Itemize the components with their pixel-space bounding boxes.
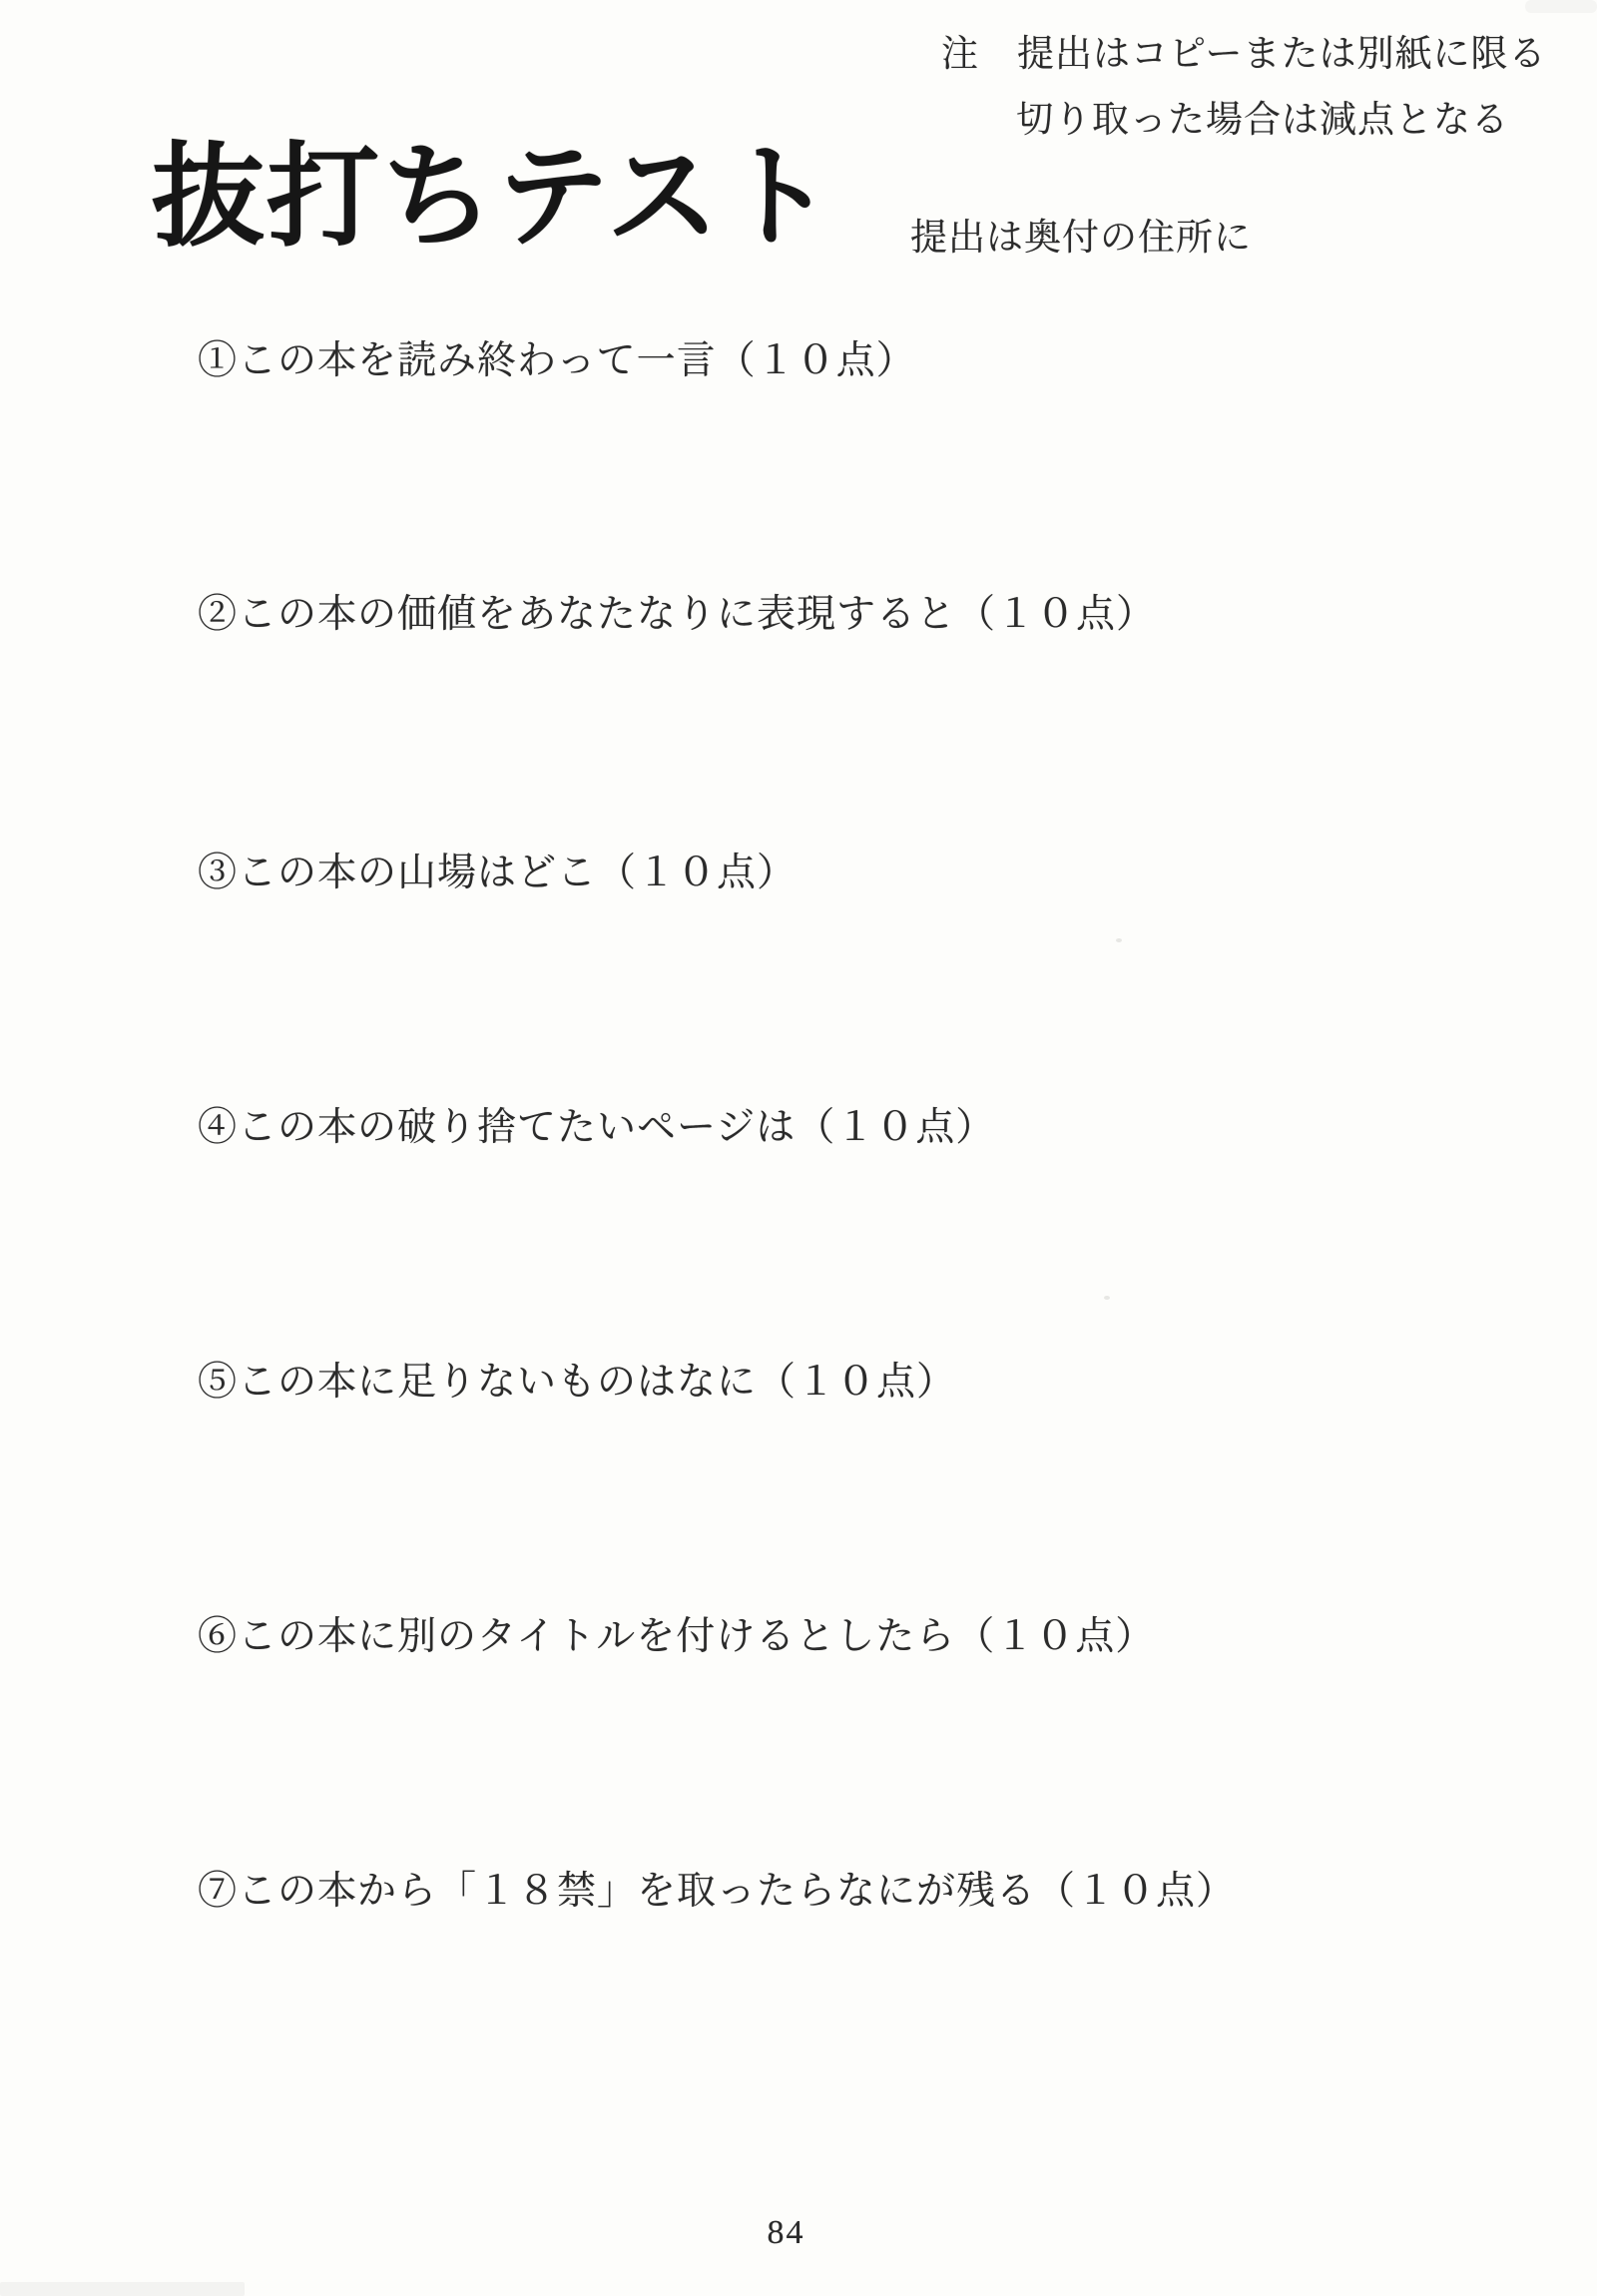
scan-artifact-speck bbox=[1116, 938, 1122, 942]
question-3: ③この本の山場はどこ（１０点） bbox=[198, 854, 797, 892]
question-1: ①この本を読み終わって一言（１０点） bbox=[198, 341, 916, 380]
page-number: 84 bbox=[0, 2216, 1572, 2250]
page-title: 抜打ちテスト bbox=[152, 142, 835, 255]
question-2: ②この本の価値をあなたなりに表現すると（１０点） bbox=[198, 595, 1156, 634]
scan-artifact-speck bbox=[1104, 1296, 1110, 1300]
note-line-2: 切り取った場合は減点となる bbox=[1016, 102, 1509, 139]
scanned-test-page: 抜打ちテスト 注 提出はコピーまたは別紙に限る 切り取った場合は減点となる 提出… bbox=[0, 0, 1597, 2296]
question-7: ⑦この本から「１８禁」を取ったらなにが残る（１０点） bbox=[198, 1872, 1236, 1911]
scan-artifact-top-right bbox=[1525, 0, 1597, 13]
question-4: ④この本の破り捨てたいページは（１０点） bbox=[198, 1108, 995, 1147]
question-6: ⑥この本に別のタイトルを付けるとしたら（１０点） bbox=[198, 1617, 1155, 1656]
scan-artifact-bottom-left bbox=[0, 2282, 245, 2296]
note-line-1: 注 提出はコピーまたは別紙に限る bbox=[941, 36, 1547, 73]
question-5: ⑤この本に足りないものはなに（１０点） bbox=[198, 1363, 956, 1402]
note-line-3: 提出は奥付の住所に bbox=[910, 220, 1252, 257]
